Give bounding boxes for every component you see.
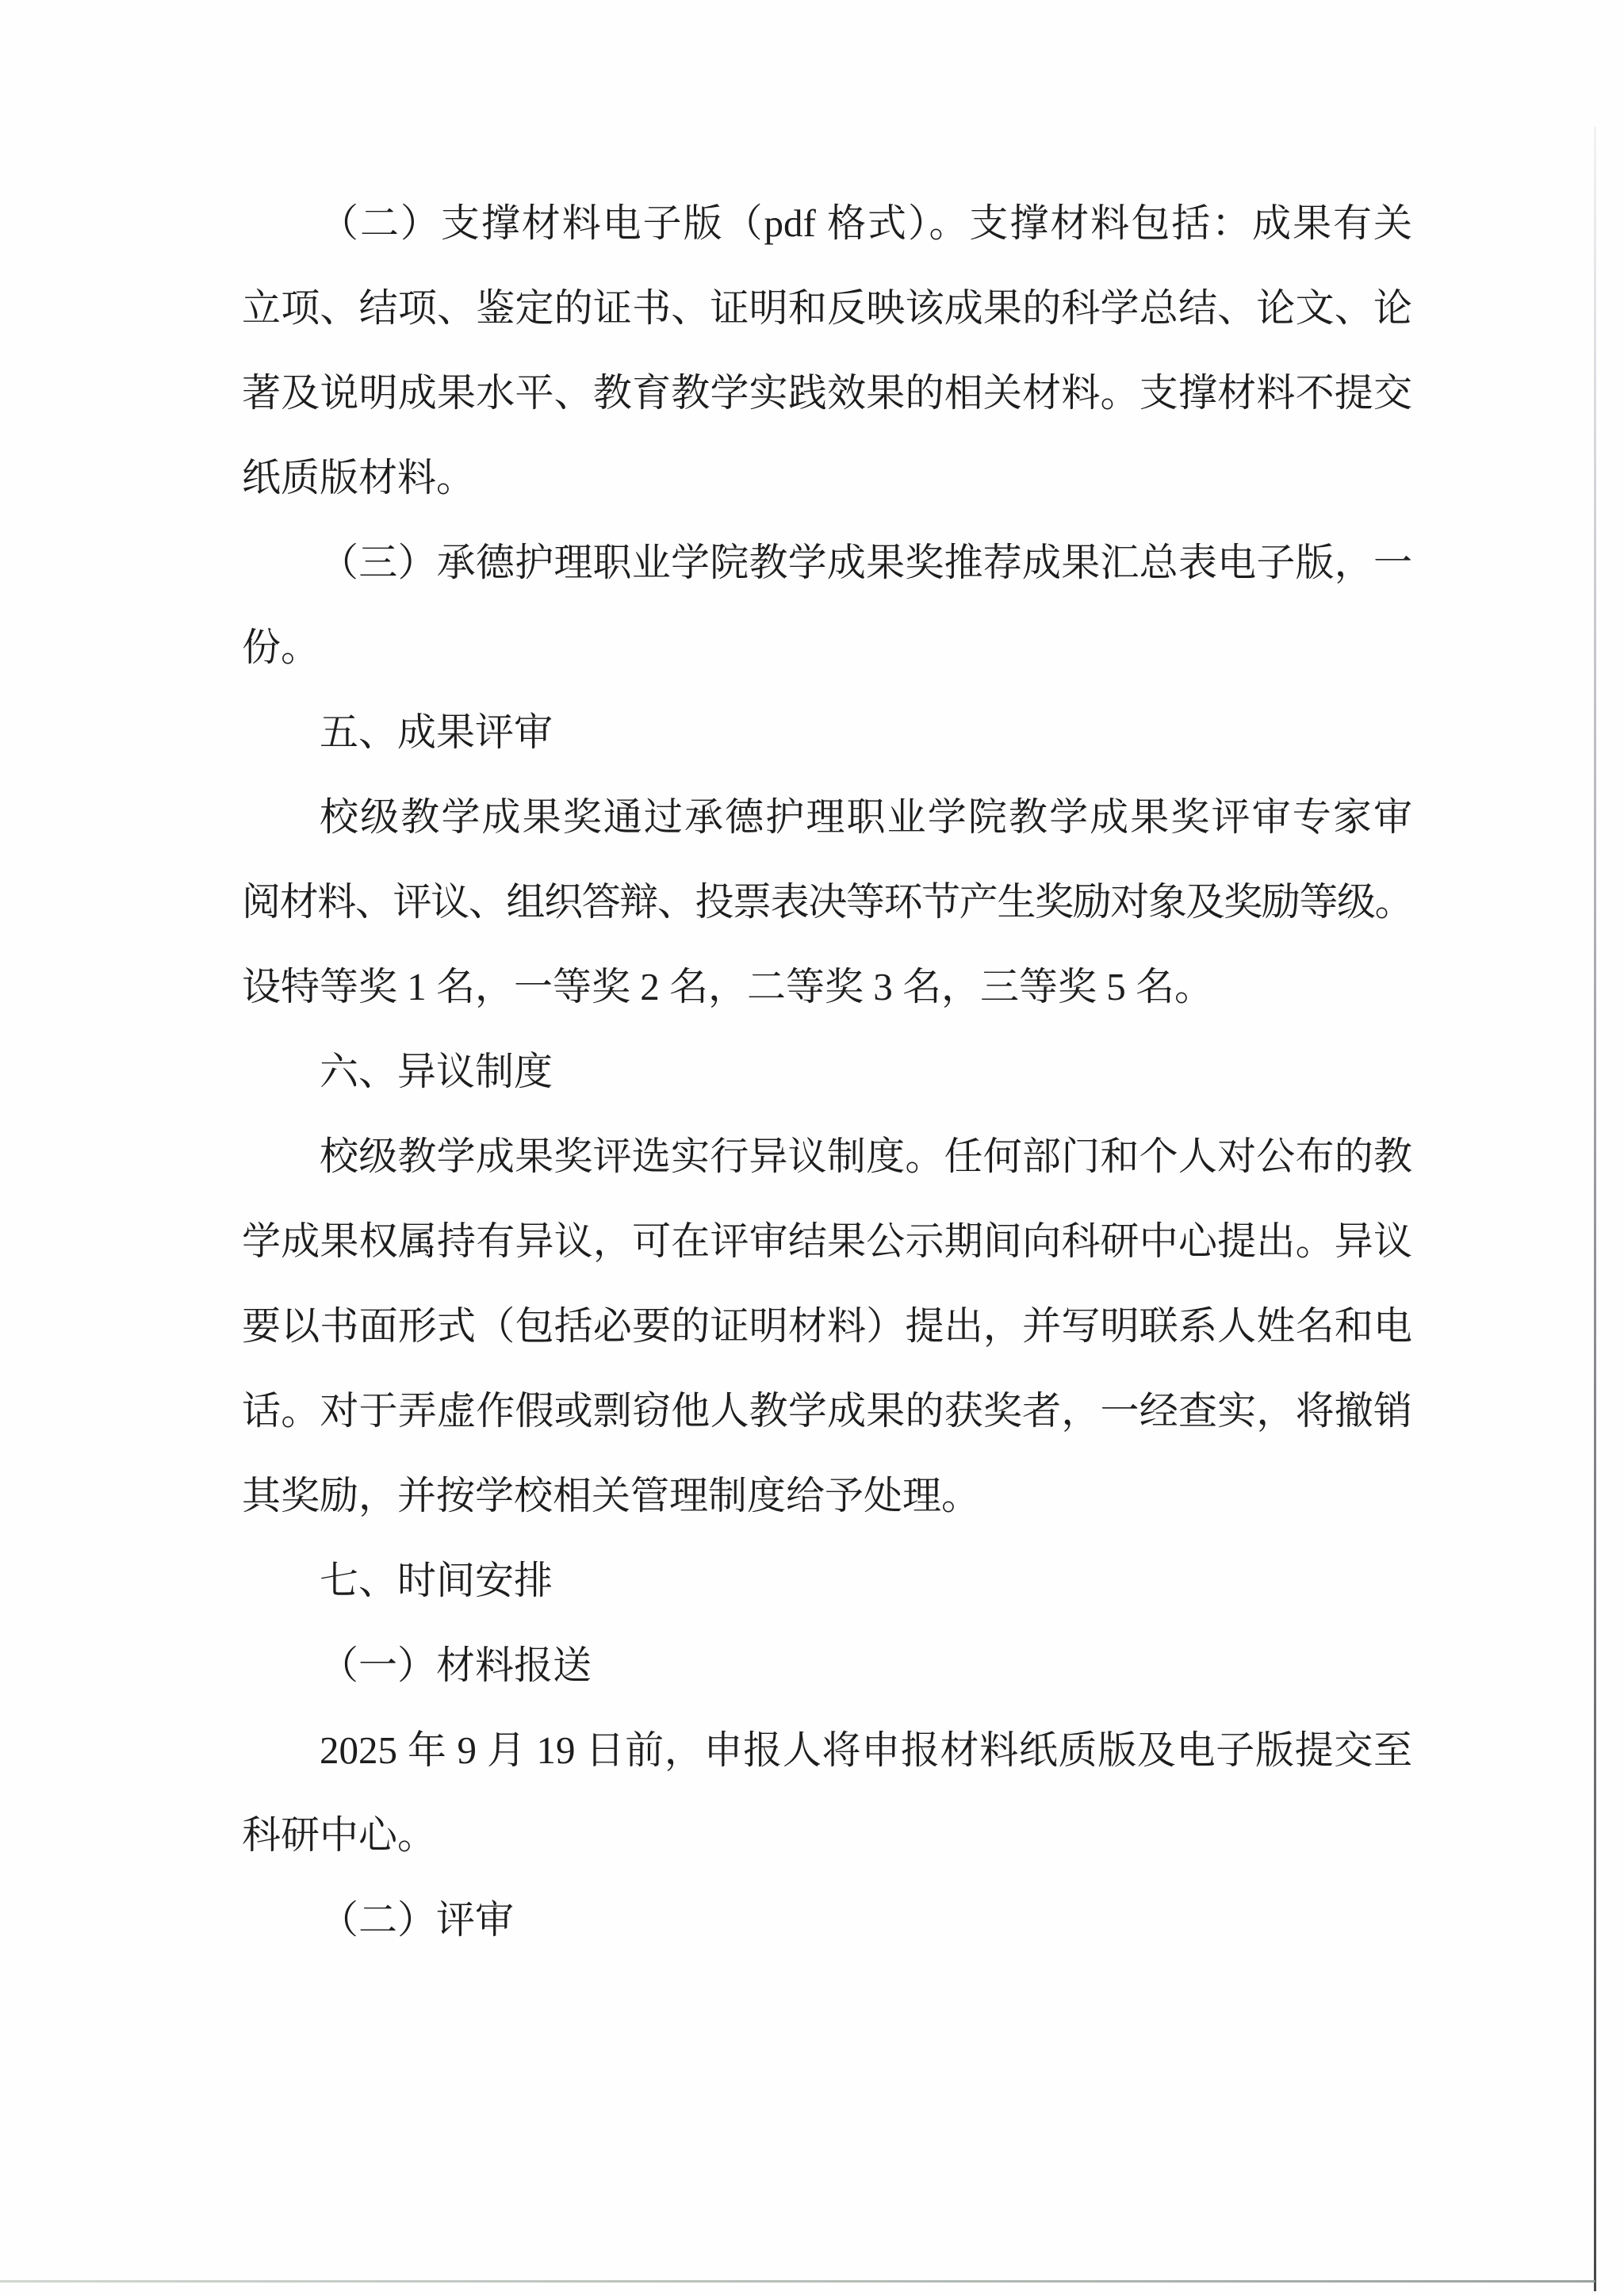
text-line: 立项、结项、鉴定的证书、证明和反映该成果的科学总结、论文、论 bbox=[242, 266, 1412, 350]
text-line: 2025 年 9 月 19 日前，申报人将申报材料纸质版及电子版提交至 bbox=[242, 1708, 1412, 1793]
text-line: 科研中心。 bbox=[242, 1793, 1412, 1877]
text-line: （三）承德护理职业学院教学成果奖推荐成果汇总表电子版，一 bbox=[242, 520, 1412, 605]
text-line: 著及说明成果水平、教育教学实践效果的相关材料。支撑材料不提交 bbox=[242, 350, 1412, 435]
text-line: 份。 bbox=[242, 605, 1412, 690]
text-line: 校级教学成果奖通过承德护理职业学院教学成果奖评审专家审 bbox=[242, 775, 1412, 859]
text-line: （二）支撑材料电子版（pdf 格式）。支撑材料包括：成果有关 bbox=[242, 181, 1412, 266]
document-text-block: （二）支撑材料电子版（pdf 格式）。支撑材料包括：成果有关 立项、结项、鉴定的… bbox=[242, 181, 1412, 1962]
text-line: 其奖励，并按学校相关管理制度给予处理。 bbox=[242, 1453, 1412, 1538]
text-line: 学成果权属持有异议，可在评审结果公示期间向科研中心提出。异议 bbox=[242, 1199, 1412, 1284]
page-scan-edge-vertical bbox=[1594, 127, 1596, 2291]
text-line: 阅材料、评议、组织答辩、投票表决等环节产生奖励对象及奖励等级。 bbox=[242, 859, 1412, 944]
text-line: 纸质版材料。 bbox=[242, 435, 1412, 520]
section-heading: 七、时间安排 bbox=[242, 1538, 1412, 1623]
subsection-heading: （一）材料报送 bbox=[242, 1623, 1412, 1708]
text-line: 话。对于弄虚作假或剽窃他人教学成果的获奖者，一经查实，将撤销 bbox=[242, 1368, 1412, 1453]
subsection-heading: （二）评审 bbox=[242, 1877, 1412, 1962]
section-heading: 六、异议制度 bbox=[242, 1029, 1412, 1114]
scanned-document-page: （二）支撑材料电子版（pdf 格式）。支撑材料包括：成果有关 立项、结项、鉴定的… bbox=[0, 0, 1624, 2296]
page-scan-edge-horizontal bbox=[0, 2280, 1595, 2283]
text-line: 校级教学成果奖评选实行异议制度。任何部门和个人对公布的教 bbox=[242, 1114, 1412, 1199]
text-line: 要以书面形式（包括必要的证明材料）提出，并写明联系人姓名和电 bbox=[242, 1284, 1412, 1368]
section-heading: 五、成果评审 bbox=[242, 690, 1412, 775]
text-line: 设特等奖 1 名，一等奖 2 名，二等奖 3 名，三等奖 5 名。 bbox=[242, 944, 1412, 1029]
